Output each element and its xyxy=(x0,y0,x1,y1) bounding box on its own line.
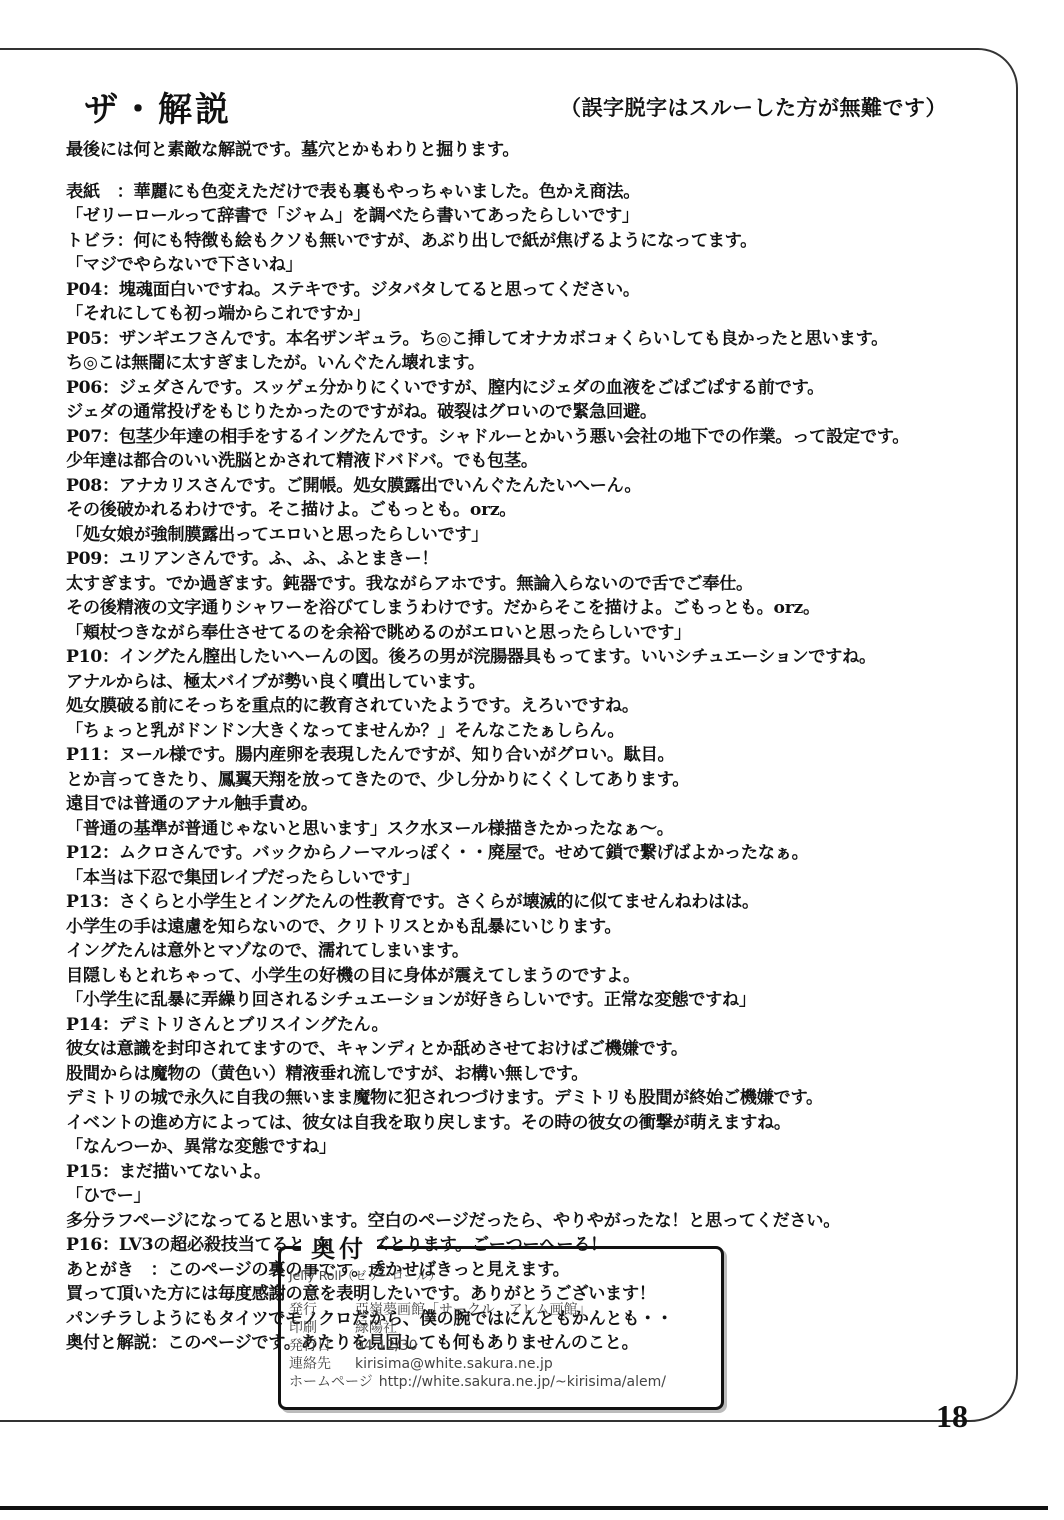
commentary-line: 少年達は都合のいい洗脳とかされて精液ドバドバ。でも包茎。 xyxy=(66,449,1006,474)
colophon-row-printer: 印刷緑陽社 xyxy=(289,1319,666,1337)
commentary-line: 股間からは魔物の（黄色い）精液垂れ流しですが、お構い無しです。 xyxy=(66,1062,1006,1087)
colophon-value: http://white.sakura.ne.jp/~kirisima/alem… xyxy=(373,1374,666,1390)
commentary-line: トビラ：何にも特徴も絵もクソも無いですが、あぶり出しで紙が焦げるようになってます… xyxy=(66,229,1006,254)
commentary-line: 「頬杖つきながら奉仕させてるのを余裕で眺めるのがエロいと思ったらしいです」 xyxy=(66,621,1006,646)
colophon-row-contact: 連絡先kirisima@white.sakura.ne.jp xyxy=(289,1355,666,1373)
commentary-line: デミトリの城で永久に自我の無いまま魔物に犯されつづけます。デミトリも股間が終始ご… xyxy=(66,1086,1006,1111)
colophon-title: 奥付 xyxy=(301,1229,377,1264)
commentary-line: 「ひでー」 xyxy=(66,1184,1006,1209)
page-number: 18 xyxy=(936,1398,968,1435)
commentary-line: その後精液の文字通りシャワーを浴びてしまうわけです。だからそこを描けよ。ごもっと… xyxy=(66,596,1006,621)
colophon-row-date: 発行日04.12/30 xyxy=(289,1337,666,1355)
commentary-line: 「処女娘が強制膜露出ってエロいと思ったらしいです」 xyxy=(66,523,1006,548)
commentary-line: P06：ジェダさんです。スッゲェ分かりにくいですが、膣内にジェダの血液をごぱごぱ… xyxy=(66,376,1006,401)
commentary-line: P09：ユリアンさんです。ふ、ふ、ふとまきー！ xyxy=(66,547,1006,572)
page-title: ザ・解説 xyxy=(84,82,232,131)
commentary-line: P07：包茎少年達の相手をするイングたんです。シャドルーとかいう悪い会社の地下で… xyxy=(66,425,1006,450)
colophon-value: 04.12/30 xyxy=(349,1338,418,1354)
colophon-body: Jelly Roll（ゼリーロール） 発行亞嶺夢画館「サークル アレム画館」 印… xyxy=(289,1267,666,1391)
commentary-line: イベントの進め方によっては、彼女は自我を取り戻します。その時の彼女の衝撃が萌えま… xyxy=(66,1111,1006,1136)
commentary-line: 太すぎます。でか過ぎます。鈍器です。我ながらアホです。無論入らないので舌でご奉仕… xyxy=(66,572,1006,597)
commentary-line: 「本当は下忍で集団レイプだったらしいです」 xyxy=(66,866,1006,891)
commentary-line: 「それにしても初っ端からこれですか」 xyxy=(66,302,1006,327)
commentary-line: 「ゼリーロールって辞書で「ジャム」を調べたら書いてあったらしいです」 xyxy=(66,204,1006,229)
colophon-key: 印刷 xyxy=(289,1319,349,1337)
commentary-line: 小学生の手は遠慮を知らないので、クリトリスとかも乱暴にいじります。 xyxy=(66,915,1006,940)
commentary-line: 「マジでやらないで下さいね」 xyxy=(66,253,1006,278)
commentary-line: P12：ムクロさんです。バックからノーマルっぽく・・廃屋で。せめて鎖で繋げばよか… xyxy=(66,841,1006,866)
commentary-line: P10：イングたん膣出したいへーんの図。後ろの男が浣腸器具もってます。いいシチュ… xyxy=(66,645,1006,670)
colophon-work-title: Jelly Roll（ゼリーロール） xyxy=(289,1267,666,1285)
colophon-box: 奥付 Jelly Roll（ゼリーロール） 発行亞嶺夢画館「サークル アレム画館… xyxy=(278,1246,724,1410)
commentary-lines: 表紙 ：華麗にも色変えただけで表も裏もやっちゃいました。色かえ商法。「ゼリーロー… xyxy=(66,180,1006,1356)
commentary-line: 「普通の基準が普通じゃないと思います」スク水ヌール様描きたかったなぁ～。 xyxy=(66,817,1006,842)
commentary-line: ジェダの通常投げをもじりたかったのですがね。破裂はグロいので緊急回避。 xyxy=(66,400,1006,425)
commentary-line: P14：デミトリさんとブリスイングたん。 xyxy=(66,1013,1006,1038)
commentary-line: 目隠しもとれちゃって、小学生の好機の目に身体が震えてしまうのですよ。 xyxy=(66,964,1006,989)
commentary-line: 遠目では普通のアナル触手責め。 xyxy=(66,792,1006,817)
commentary-body: 最後には何と素敵な解説です。墓穴とかもわりと掘ります。 表紙 ：華麗にも色変えた… xyxy=(66,138,1006,1356)
commentary-line: 多分ラフページになってると思います。空白のページだったら、やりやがったな！と思っ… xyxy=(66,1209,1006,1234)
colophon-key: 連絡先 xyxy=(289,1355,349,1373)
colophon-row-publisher: 発行亞嶺夢画館「サークル アレム画館」 xyxy=(289,1301,666,1319)
colophon-value: 緑陽社 xyxy=(349,1320,397,1336)
colophon-row-homepage: ホームページhttp://white.sakura.ne.jp/~kirisim… xyxy=(289,1373,666,1391)
commentary-line: とか言ってきたり、鳳翼天翔を放ってきたので、少し分かりにくくしてあります。 xyxy=(66,768,1006,793)
bottom-rule xyxy=(0,1506,1048,1510)
commentary-line: 処女膜破る前にそっちを重点的に教育されていたようです。えろいですね。 xyxy=(66,694,1006,719)
commentary-line: P05：ザンギエフさんです。本名ザンギュラ。ち◎こ挿してオナカボコォくらいしても… xyxy=(66,327,1006,352)
commentary-line: P04：塊魂面白いですね。ステキです。ジタバタしてると思ってください。 xyxy=(66,278,1006,303)
colophon-value: kirisima@white.sakura.ne.jp xyxy=(349,1356,553,1372)
commentary-line: 表紙 ：華麗にも色変えただけで表も裏もやっちゃいました。色かえ商法。 xyxy=(66,180,1006,205)
commentary-line: ち◎こは無闇に太すぎましたが。いんぐたん壊れます。 xyxy=(66,351,1006,376)
colophon-key: 発行日 xyxy=(289,1337,349,1355)
commentary-line: その後破かれるわけです。そこ描けよ。ごもっとも。orz。 xyxy=(66,498,1006,523)
commentary-line: P08：アナカリスさんです。ご開帳。処女膜露出でいんぐたんたいへーん。 xyxy=(66,474,1006,499)
commentary-line: 「小学生に乱暴に弄繰り回されるシチュエーションが好きらしいです。正常な変態ですね… xyxy=(66,988,1006,1013)
commentary-line: 「なんつーか、異常な変態ですね」 xyxy=(66,1135,1006,1160)
commentary-line: アナルからは、極太バイブが勢い良く噴出しています。 xyxy=(66,670,1006,695)
commentary-line: P11：ヌール様です。腸内産卵を表現したんですが、知り合いがグロい。駄目。 xyxy=(66,743,1006,768)
colophon-value: 亞嶺夢画館「サークル アレム画館」 xyxy=(349,1302,591,1318)
commentary-line: 彼女は意識を封印されてますので、キャンディとか舐めさせておけばご機嫌です。 xyxy=(66,1037,1006,1062)
commentary-line: P13：さくらと小学生とイングたんの性教育です。さくらが壊滅的に似てませんねわは… xyxy=(66,890,1006,915)
colophon-key: 発行 xyxy=(289,1301,349,1319)
page-subtitle: （誤字脱字はスルーした方が無難です） xyxy=(560,92,947,122)
commentary-line: イングたんは意外とマゾなので、濡れてしまいます。 xyxy=(66,939,1006,964)
colophon-key: ホームページ xyxy=(289,1373,373,1391)
commentary-line: P15：まだ描いてないよ。 xyxy=(66,1160,1006,1185)
spacer xyxy=(66,163,1006,180)
commentary-line: 「ちょっと乳がドンドン大きくなってませんか？」そんなこたぁしらん。 xyxy=(66,719,1006,744)
intro-line: 最後には何と素敵な解説です。墓穴とかもわりと掘ります。 xyxy=(66,138,1006,163)
